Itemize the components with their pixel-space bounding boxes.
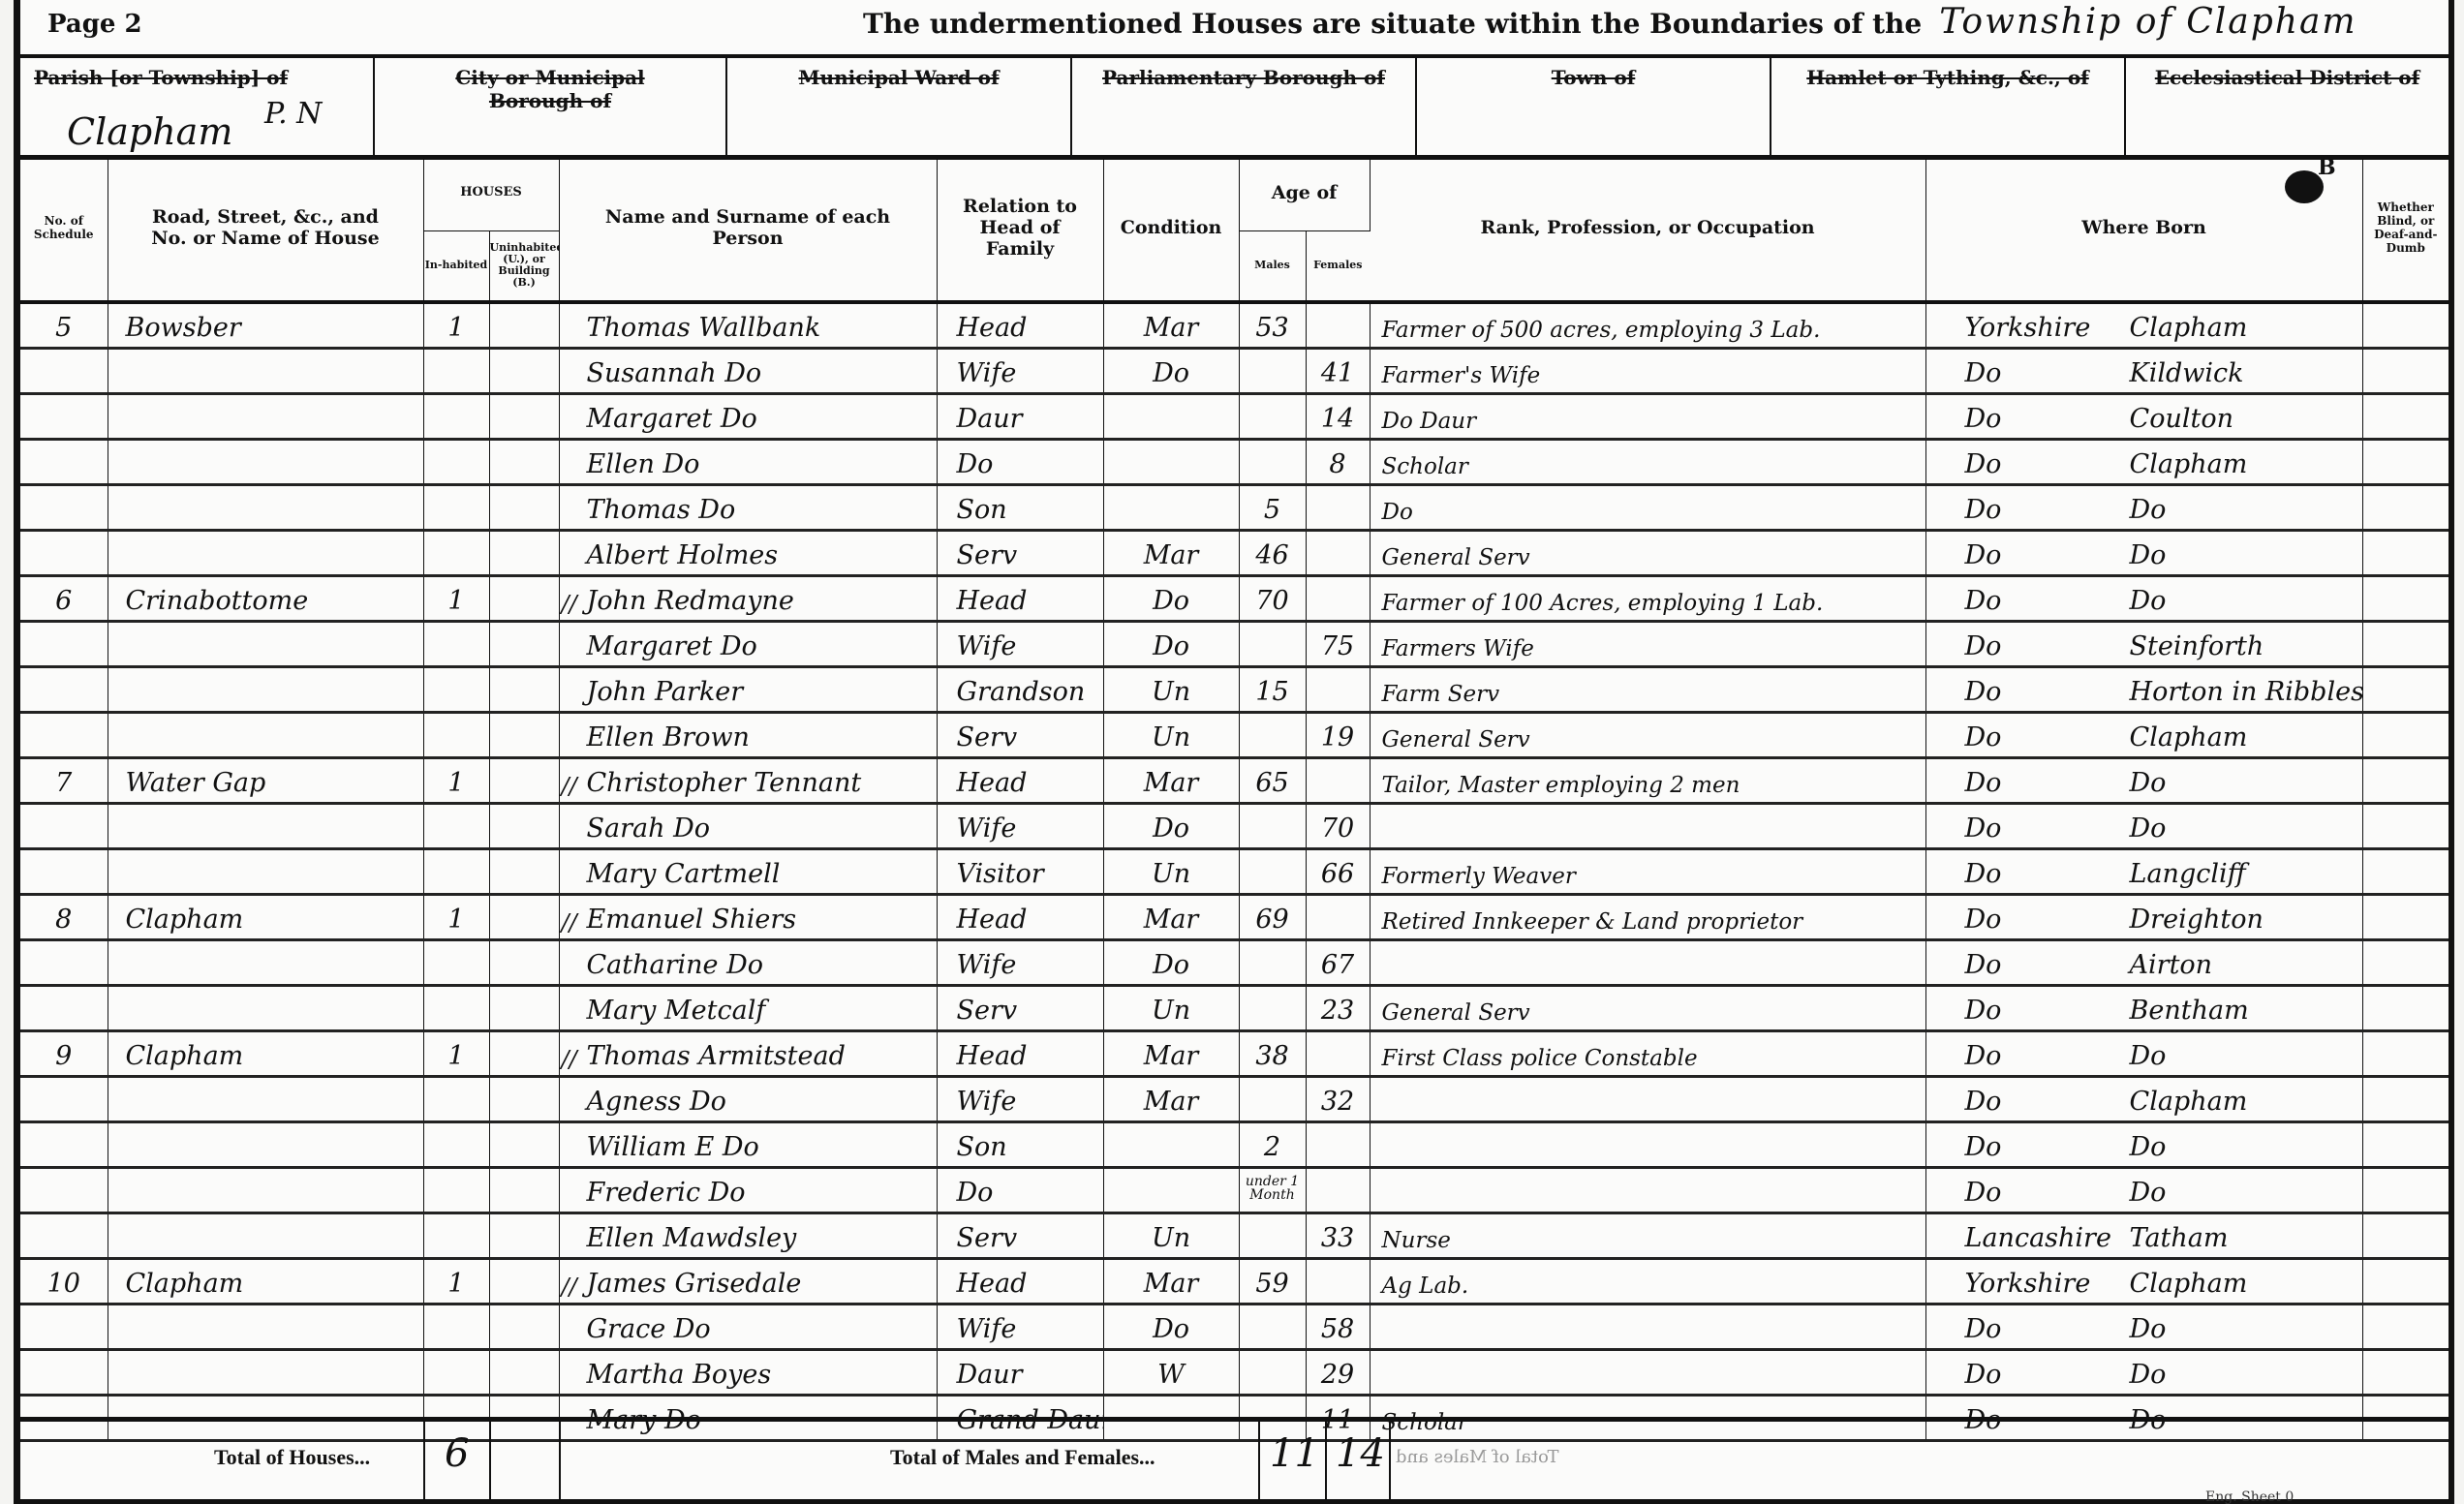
name-cell: Catharine Do [559, 939, 937, 985]
total-houses-label: Total of Houses... [214, 1445, 370, 1470]
schedule-cell: 9 [20, 1030, 108, 1076]
col-road: Road, Street, &c., and No. or Name of Ho… [108, 155, 423, 302]
blind-cell [2362, 1258, 2449, 1304]
name-cell: William E Do [559, 1121, 937, 1167]
blind-cell [2362, 1121, 2449, 1167]
relation-cell: Do [937, 439, 1103, 484]
where-born-cell: DoKildwick [1925, 348, 2362, 393]
inhabited-cell [423, 939, 489, 985]
name-cell: John Parker [559, 666, 937, 712]
schedule-cell [20, 393, 108, 439]
blind-cell [2362, 666, 2449, 712]
uninhabited-cell [489, 530, 559, 575]
table-row: 6Crinabottome1John RedmayneHeadDo70Farme… [20, 575, 2449, 621]
male-age-cell [1239, 1304, 1306, 1349]
relation-cell: Head [937, 1258, 1103, 1304]
condition-cell: Do [1103, 575, 1239, 621]
table-row: Albert HolmesServMar46General ServDoDo [20, 530, 2449, 575]
table-row: Ellen DoDo8ScholarDoClapham [20, 439, 2449, 484]
relation-cell: Head [937, 575, 1103, 621]
col-blind: Whether Blind, or Deaf-and-Dumb [2362, 155, 2449, 302]
born-place: Do [2130, 768, 2167, 798]
occupation-cell: Farmers Wife [1370, 621, 1925, 666]
uninhabited-cell [489, 1030, 559, 1076]
occupation-cell: Farmer of 500 acres, employing 3 Lab. [1370, 302, 1925, 348]
born-place: Do [2130, 1132, 2167, 1162]
uninhabited-cell [489, 1167, 559, 1212]
inhabited-cell [423, 621, 489, 666]
uninhabited-cell [489, 939, 559, 985]
condition-cell [1103, 484, 1239, 530]
road-cell [108, 1121, 423, 1167]
uninhabited-cell [489, 712, 559, 757]
name-cell: Margaret Do [559, 621, 937, 666]
born-county: Yorkshire [1965, 313, 2130, 343]
name-cell: Ellen Brown [559, 712, 937, 757]
uninhabited-cell [489, 1121, 559, 1167]
table-row: 10Clapham1James GrisedaleHeadMar59Ag Lab… [20, 1258, 2449, 1304]
uninhabited-cell [489, 621, 559, 666]
born-place: Do [2130, 1314, 2167, 1344]
born-county: Do [1965, 404, 2130, 434]
occupation-cell: Ag Lab. [1370, 1258, 1925, 1304]
relation-cell: Wife [937, 939, 1103, 985]
where-born-cell: YorkshireClapham [1925, 302, 2362, 348]
blind-cell [2362, 393, 2449, 439]
road-cell [108, 348, 423, 393]
name-cell: Mary Cartmell [559, 848, 937, 894]
where-born-cell: DoDo [1925, 1304, 2362, 1349]
district-parish: Parish [or Township] of Clapham P. N [20, 54, 375, 155]
born-place: Clapham [2130, 1269, 2248, 1299]
born-place: Tatham [2130, 1223, 2229, 1253]
inhabited-cell: 1 [423, 302, 489, 348]
uninhabited-cell [489, 484, 559, 530]
table-row: Mary MetcalfServUn23General ServDoBentha… [20, 985, 2449, 1030]
born-place: Clapham [2130, 722, 2248, 752]
female-age-cell: 66 [1306, 848, 1370, 894]
blind-cell [2362, 348, 2449, 393]
born-county: Do [1965, 813, 2130, 844]
male-age-cell: 59 [1239, 1258, 1306, 1304]
uninhabited-cell [489, 439, 559, 484]
where-born-cell: DoDo [1925, 1349, 2362, 1395]
name-cell: Susannah Do [559, 348, 937, 393]
schedule-cell [20, 1304, 108, 1349]
born-county: Lancashire [1965, 1223, 2130, 1253]
born-county: Do [1965, 540, 2130, 570]
occupation-cell: Do Daur [1370, 393, 1925, 439]
schedule-cell [20, 621, 108, 666]
born-county: Do [1965, 495, 2130, 525]
where-born-cell: DoDo [1925, 757, 2362, 803]
born-place: Do [2130, 1041, 2167, 1071]
condition-cell: Mar [1103, 530, 1239, 575]
blind-cell [2362, 848, 2449, 894]
inhabited-cell: 1 [423, 894, 489, 939]
district-ward: Municipal Ward of [727, 54, 1072, 155]
occupation-cell: General Serv [1370, 530, 1925, 575]
schedule-cell [20, 712, 108, 757]
condition-cell: Mar [1103, 894, 1239, 939]
where-born-cell: DoSteinforth [1925, 621, 2362, 666]
col-uninhabited: Uninhabited (U.), or Building (B.) [489, 230, 559, 302]
table-row: Grace DoWifeDo58DoDo [20, 1304, 2449, 1349]
inhabited-cell [423, 1121, 489, 1167]
inhabited-cell: 1 [423, 1258, 489, 1304]
occupation-cell: Farmer's Wife [1370, 348, 1925, 393]
schedule-cell: 10 [20, 1258, 108, 1304]
inhabited-cell [423, 1167, 489, 1212]
born-county: Do [1965, 1041, 2130, 1071]
female-age-cell [1306, 1258, 1370, 1304]
schedule-cell [20, 848, 108, 894]
born-place: Langcliff [2130, 859, 2246, 889]
where-born-cell: DoBentham [1925, 985, 2362, 1030]
male-age-cell [1239, 1076, 1306, 1121]
road-cell [108, 621, 423, 666]
inhabited-cell: 1 [423, 757, 489, 803]
col-condition: Condition [1103, 155, 1239, 302]
name-cell: Margaret Do [559, 393, 937, 439]
name-cell: Frederic Do [559, 1167, 937, 1212]
born-county: Do [1965, 905, 2130, 935]
road-cell: Clapham [108, 894, 423, 939]
relation-cell: Son [937, 484, 1103, 530]
uninhabited-cell [489, 1304, 559, 1349]
blind-cell [2362, 803, 2449, 848]
blind-cell [2362, 621, 2449, 666]
where-born-cell: YorkshireClapham [1925, 1258, 2362, 1304]
born-county: Do [1965, 449, 2130, 479]
occupation-cell [1370, 1121, 1925, 1167]
name-cell: John Redmayne [559, 575, 937, 621]
condition-cell: Do [1103, 803, 1239, 848]
table-row: Catharine DoWifeDo67DoAirton [20, 939, 2449, 985]
blind-cell [2362, 1212, 2449, 1258]
female-age-cell: 70 [1306, 803, 1370, 848]
uninhabited-cell [489, 1212, 559, 1258]
inhabited-cell: 1 [423, 1030, 489, 1076]
born-county: Do [1965, 358, 2130, 388]
uninhabited-cell [489, 1258, 559, 1304]
total-persons-label: Total of Males and Females... [890, 1445, 1155, 1470]
female-age-cell: 33 [1306, 1212, 1370, 1258]
relation-cell: Wife [937, 621, 1103, 666]
relation-cell: Wife [937, 348, 1103, 393]
district-value: Clapham [67, 110, 232, 153]
male-age-cell: 65 [1239, 757, 1306, 803]
table-row: Martha BoyesDaurW29DoDo [20, 1349, 2449, 1395]
title-row: Page 2 The undermentioned Houses are sit… [20, 0, 2449, 58]
schedule-cell [20, 985, 108, 1030]
where-born-cell: DoDo [1925, 1167, 2362, 1212]
female-age-cell [1306, 1030, 1370, 1076]
occupation-cell: Formerly Weaver [1370, 848, 1925, 894]
female-age-cell [1306, 530, 1370, 575]
male-age-cell [1239, 393, 1306, 439]
district-label: Ecclesiastical District of [2126, 66, 2449, 89]
uninhabited-cell [489, 848, 559, 894]
female-age-cell: 8 [1306, 439, 1370, 484]
born-county: Do [1965, 722, 2130, 752]
condition-cell: Un [1103, 985, 1239, 1030]
female-age-cell: 41 [1306, 348, 1370, 393]
blind-cell [2362, 1167, 2449, 1212]
schedule-cell [20, 484, 108, 530]
occupation-cell: Farmer of 100 Acres, employing 1 Lab. [1370, 575, 1925, 621]
relation-cell: Grandson [937, 666, 1103, 712]
female-age-cell [1306, 575, 1370, 621]
schedule-cell [20, 439, 108, 484]
name-cell: Sarah Do [559, 803, 937, 848]
census-sheet: Page 2 The undermentioned Houses are sit… [14, 0, 2454, 1504]
occupation-cell [1370, 1304, 1925, 1349]
occupation-cell [1370, 1076, 1925, 1121]
inhabited-cell [423, 666, 489, 712]
born-county: Do [1965, 1087, 2130, 1117]
born-place: Horton in Ribblesdale [2130, 677, 2363, 707]
col-males: Males [1239, 230, 1306, 302]
inhabited-cell [423, 803, 489, 848]
blind-cell [2362, 1076, 2449, 1121]
inhabited-cell [423, 484, 489, 530]
total-males-value: 11 [1270, 1431, 1319, 1476]
born-place: Do [2130, 1360, 2167, 1390]
female-age-cell [1306, 484, 1370, 530]
born-county: Do [1965, 996, 2130, 1026]
district-label: Hamlet or Tything, &c., of [1771, 66, 2124, 89]
where-born-cell: DoClapham [1925, 439, 2362, 484]
totals-row: Total of Houses... 6 Total of Males and … [20, 1417, 2449, 1504]
male-age-cell [1239, 985, 1306, 1030]
where-born-cell: DoDo [1925, 484, 2362, 530]
blind-cell [2362, 575, 2449, 621]
condition-cell [1103, 439, 1239, 484]
relation-cell: Serv [937, 985, 1103, 1030]
district-row: Parish [or Township] of Clapham P. N Cit… [20, 54, 2449, 160]
schedule-cell [20, 348, 108, 393]
occupation-cell [1370, 803, 1925, 848]
blind-cell [2362, 530, 2449, 575]
born-county: Do [1965, 631, 2130, 661]
inhabited-cell [423, 1349, 489, 1395]
inhabited-cell [423, 985, 489, 1030]
male-age-cell: 5 [1239, 484, 1306, 530]
census-table: No. of Schedule Road, Street, &c., and N… [20, 155, 2449, 1442]
road-cell: Water Gap [108, 757, 423, 803]
page-label: Page 2 [47, 10, 142, 39]
inhabited-cell [423, 348, 489, 393]
where-born-cell: DoCoulton [1925, 393, 2362, 439]
name-cell: Agness Do [559, 1076, 937, 1121]
relation-cell: Serv [937, 1212, 1103, 1258]
col-name: Name and Surname of each Person [559, 155, 937, 302]
name-cell: Thomas Armitstead [559, 1030, 937, 1076]
female-age-cell [1306, 666, 1370, 712]
table-row: Ellen BrownServUn19General ServDoClapham [20, 712, 2449, 757]
inhabited-cell [423, 1076, 489, 1121]
col-occupation: Rank, Profession, or Occupation [1370, 155, 1925, 302]
road-cell [108, 1076, 423, 1121]
where-born-cell: DoHorton in Ribblesdale [1925, 666, 2362, 712]
district-label: Parliamentary Borough of [1072, 66, 1415, 89]
name-cell: Ellen Do [559, 439, 937, 484]
born-place: Clapham [2130, 313, 2248, 343]
table-row: Margaret DoDaur14Do DaurDoCoulton [20, 393, 2449, 439]
male-age-cell [1239, 621, 1306, 666]
name-cell: Martha Boyes [559, 1349, 937, 1395]
name-cell: James Grisedale [559, 1258, 937, 1304]
female-age-cell [1306, 1121, 1370, 1167]
table-row: Mary CartmellVisitorUn66Formerly WeaverD… [20, 848, 2449, 894]
schedule-cell [20, 939, 108, 985]
male-age-cell [1239, 939, 1306, 985]
road-cell: Bowsber [108, 302, 423, 348]
district-label: Town of [1417, 66, 1770, 89]
relation-cell: Wife [937, 1076, 1103, 1121]
page-title: The undermentioned Houses are situate wi… [863, 2, 2357, 42]
occupation-cell [1370, 939, 1925, 985]
relation-cell: Wife [937, 803, 1103, 848]
where-born-cell: LancashireTatham [1925, 1212, 2362, 1258]
occupation-cell: Farm Serv [1370, 666, 1925, 712]
schedule-cell: 5 [20, 302, 108, 348]
female-age-cell: 32 [1306, 1076, 1370, 1121]
blind-cell [2362, 1304, 2449, 1349]
col-females: Females [1306, 230, 1370, 302]
district-parliamentary: Parliamentary Borough of [1072, 54, 1417, 155]
blind-cell [2362, 439, 2449, 484]
col-inhabited: In-habited [423, 230, 489, 302]
male-age-cell: 38 [1239, 1030, 1306, 1076]
inhabited-cell [423, 712, 489, 757]
condition-cell: W [1103, 1349, 1239, 1395]
table-row: 9Clapham1Thomas ArmitsteadHeadMar38First… [20, 1030, 2449, 1076]
schedule-cell [20, 1167, 108, 1212]
occupation-cell: First Class police Constable [1370, 1030, 1925, 1076]
occupation-cell [1370, 1349, 1925, 1395]
male-age-cell [1239, 848, 1306, 894]
blind-cell [2362, 712, 2449, 757]
table-row: 8Clapham1Emanuel ShiersHeadMar69Retired … [20, 894, 2449, 939]
born-place: Do [2130, 1178, 2167, 1208]
road-cell [108, 484, 423, 530]
male-age-cell: 15 [1239, 666, 1306, 712]
born-place: Dreighton [2130, 905, 2264, 935]
condition-cell: Mar [1103, 1030, 1239, 1076]
footer-note: Eng. Sheet 0 [2205, 1489, 2294, 1504]
blind-cell [2362, 1030, 2449, 1076]
relation-cell: Daur [937, 1349, 1103, 1395]
road-cell [108, 1304, 423, 1349]
condition-cell: Do [1103, 939, 1239, 985]
schedule-cell [20, 1212, 108, 1258]
uninhabited-cell [489, 803, 559, 848]
schedule-cell: 6 [20, 575, 108, 621]
road-cell [108, 439, 423, 484]
road-cell: Crinabottome [108, 575, 423, 621]
uninhabited-cell [489, 894, 559, 939]
condition-cell: Do [1103, 348, 1239, 393]
condition-cell: Do [1103, 621, 1239, 666]
female-age-cell: 23 [1306, 985, 1370, 1030]
col-relation: Relation to Head of Family [937, 155, 1103, 302]
road-cell [108, 803, 423, 848]
born-county: Do [1965, 950, 2130, 980]
relation-cell: Head [937, 1030, 1103, 1076]
born-county: Do [1965, 1314, 2130, 1344]
district-mark: P. N [264, 97, 322, 131]
female-age-cell [1306, 1167, 1370, 1212]
inhabited-cell [423, 530, 489, 575]
district-label: Municipal Ward of [727, 66, 1070, 89]
female-age-cell: 75 [1306, 621, 1370, 666]
male-age-cell [1239, 712, 1306, 757]
uninhabited-cell [489, 1349, 559, 1395]
relation-cell: Serv [937, 530, 1103, 575]
name-cell: Emanuel Shiers [559, 894, 937, 939]
born-place: Do [2130, 495, 2167, 525]
relation-cell: Wife [937, 1304, 1103, 1349]
occupation-cell [1370, 1167, 1925, 1212]
born-county: Do [1965, 768, 2130, 798]
where-born-cell: DoDo [1925, 1121, 2362, 1167]
born-place: Coulton [2130, 404, 2233, 434]
table-row: Susannah DoWifeDo41Farmer's WifeDoKildwi… [20, 348, 2449, 393]
road-cell [108, 393, 423, 439]
schedule-cell [20, 803, 108, 848]
condition-cell: Mar [1103, 302, 1239, 348]
district-label: City or Municipal Borough of [375, 66, 725, 112]
blind-cell [2362, 1349, 2449, 1395]
where-born-cell: DoClapham [1925, 1076, 2362, 1121]
condition-cell: Mar [1103, 1076, 1239, 1121]
relation-cell: Visitor [937, 848, 1103, 894]
blind-cell [2362, 939, 2449, 985]
relation-cell: Do [937, 1167, 1103, 1212]
relation-cell: Head [937, 757, 1103, 803]
inhabited-cell: 1 [423, 575, 489, 621]
female-age-cell [1306, 894, 1370, 939]
road-cell [108, 848, 423, 894]
where-born-cell: DoDo [1925, 530, 2362, 575]
district-ecclesiastical: Ecclesiastical District of [2126, 54, 2449, 155]
inhabited-cell [423, 439, 489, 484]
name-cell: Christopher Tennant [559, 757, 937, 803]
uninhabited-cell [489, 985, 559, 1030]
condition-cell: Mar [1103, 757, 1239, 803]
name-cell: Albert Holmes [559, 530, 937, 575]
col-age: Age of [1239, 155, 1370, 230]
occupation-cell: Nurse [1370, 1212, 1925, 1258]
male-age-cell [1239, 439, 1306, 484]
title-handwritten: Township of Clapham [1939, 2, 2356, 42]
uninhabited-cell [489, 666, 559, 712]
condition-cell: Un [1103, 666, 1239, 712]
road-cell [108, 1349, 423, 1395]
schedule-cell [20, 1349, 108, 1395]
schedule-cell [20, 666, 108, 712]
condition-cell: Un [1103, 848, 1239, 894]
blind-cell [2362, 484, 2449, 530]
occupation-cell: Do [1370, 484, 1925, 530]
female-age-cell: 58 [1306, 1304, 1370, 1349]
born-place: Do [2130, 586, 2167, 616]
born-county: Do [1965, 1360, 2130, 1390]
born-county: Yorkshire [1965, 1269, 2130, 1299]
where-born-cell: DoDo [1925, 1030, 2362, 1076]
